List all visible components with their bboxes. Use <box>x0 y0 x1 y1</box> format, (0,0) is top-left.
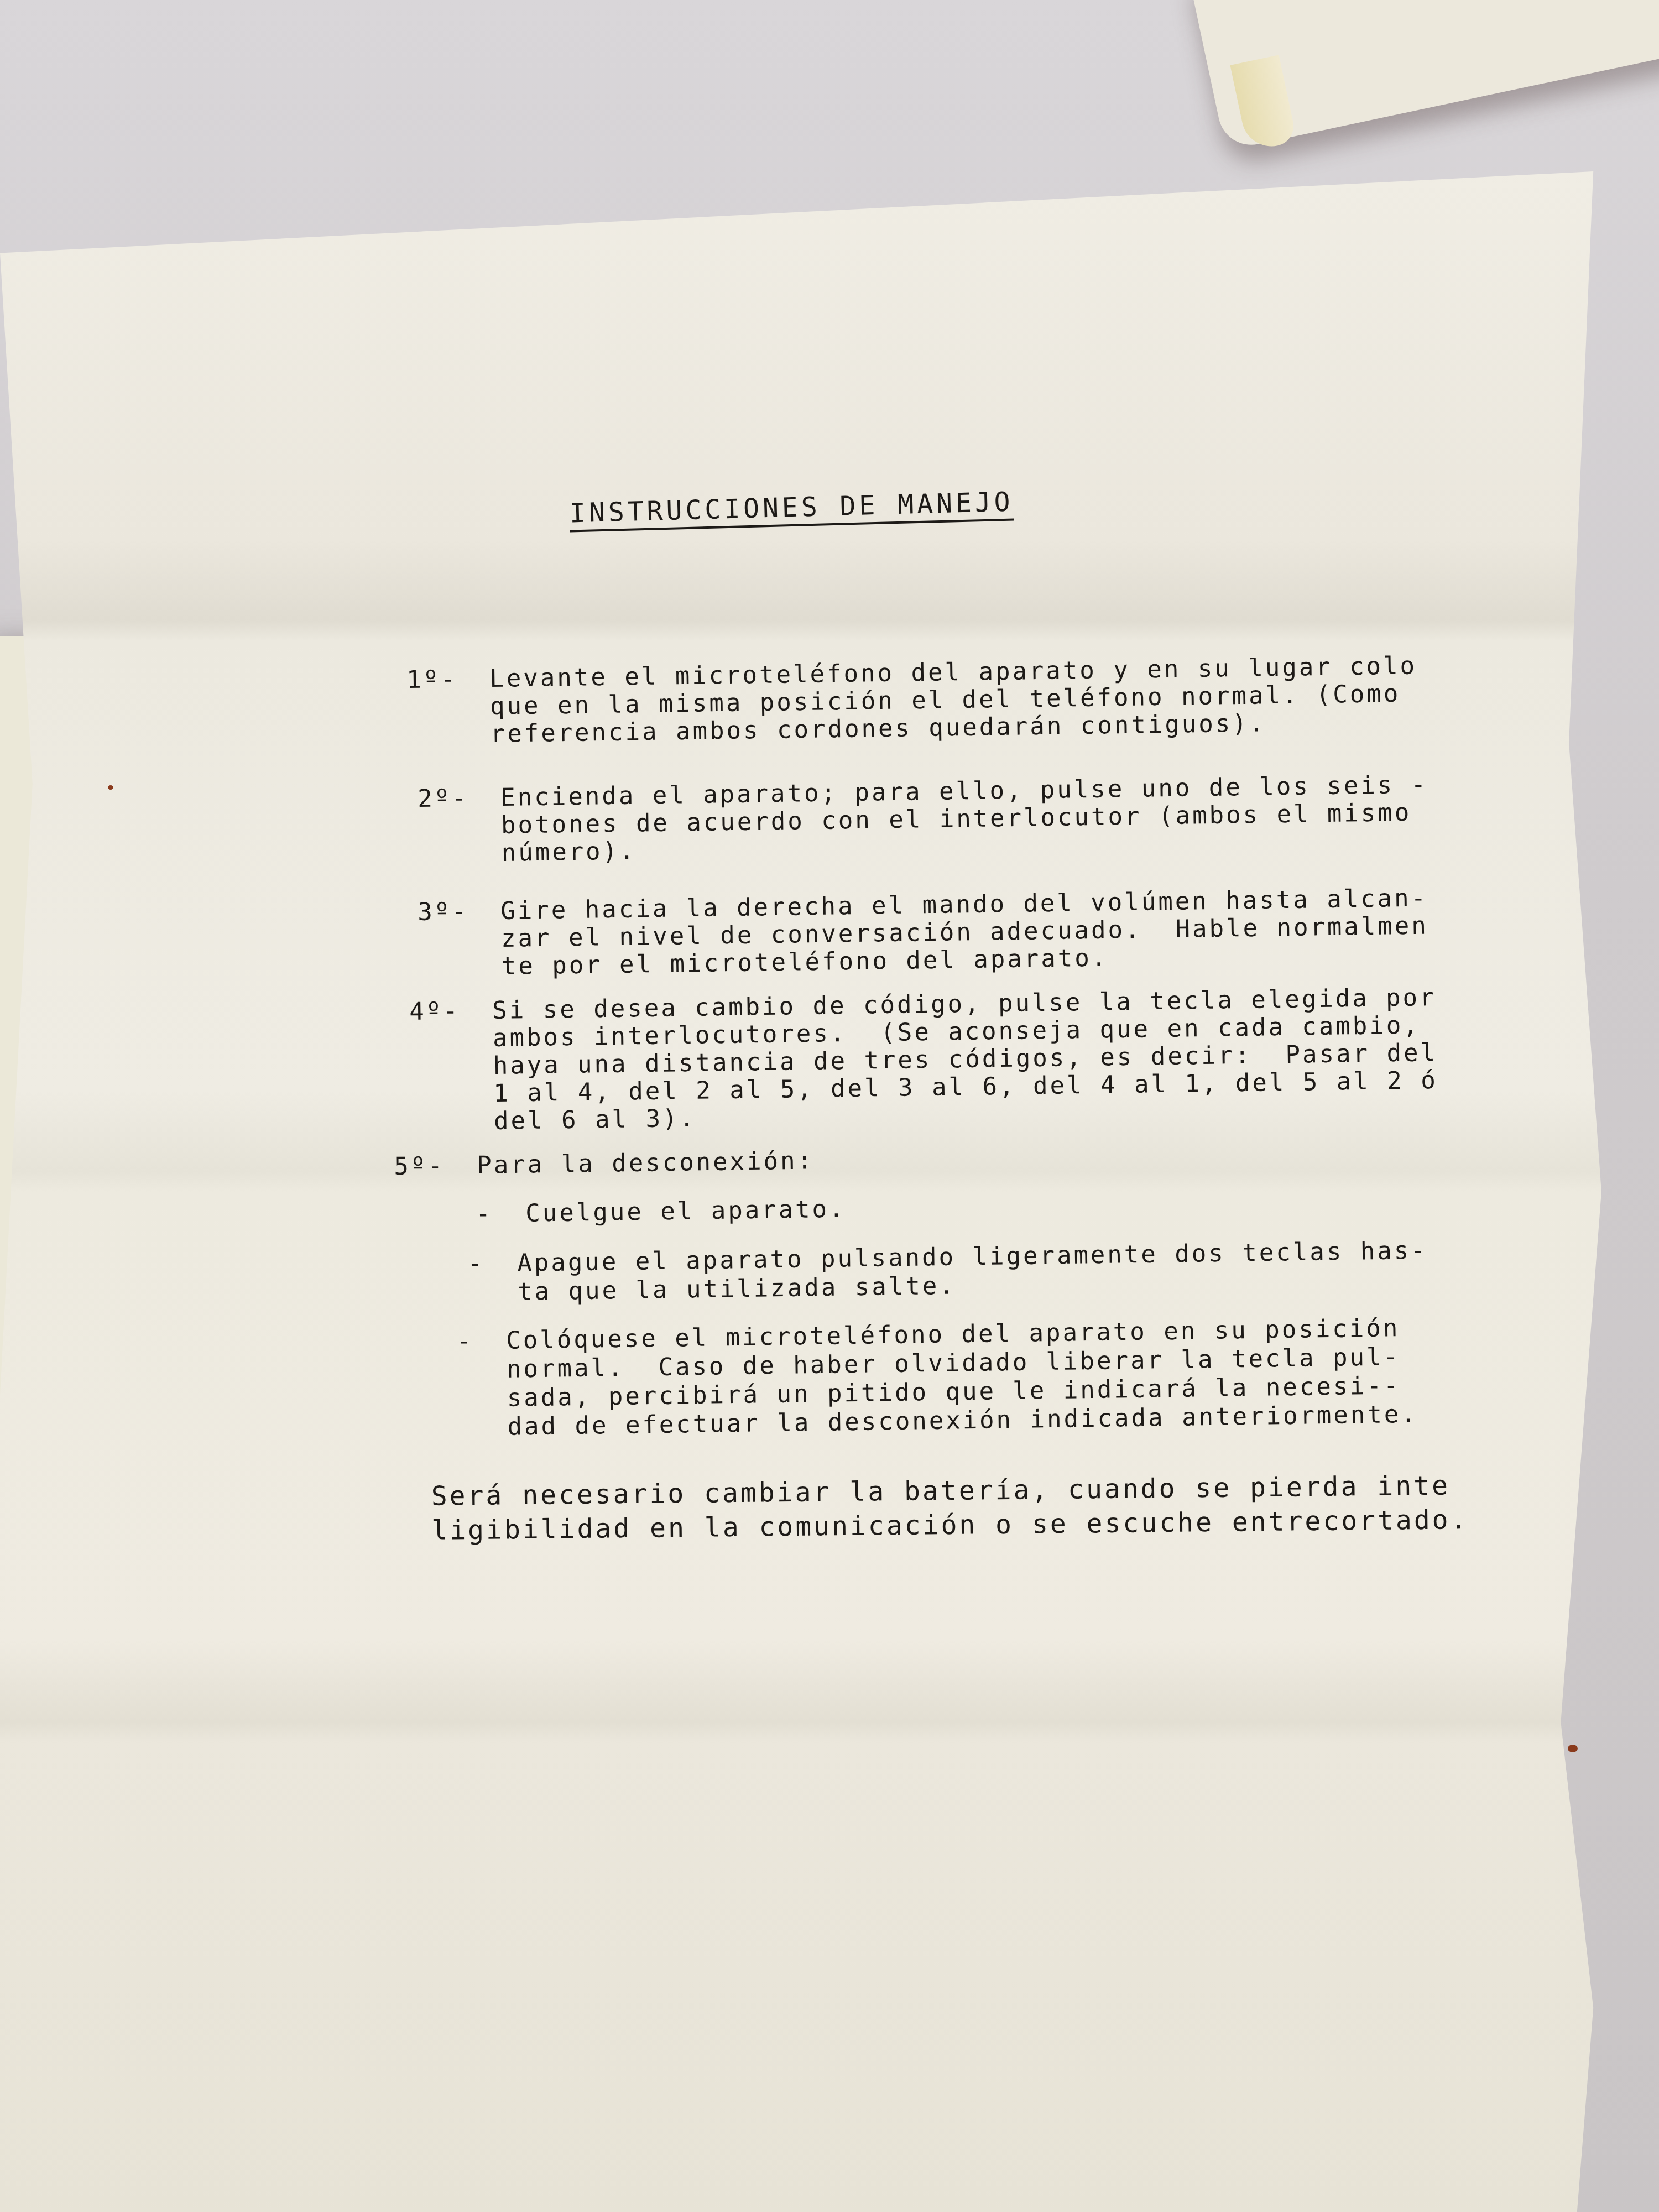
step-number: 1º- <box>406 666 457 694</box>
document-title: INSTRUCCIONES DE MANEJO <box>569 487 1014 529</box>
step-text: Levante el microteléfono del aparato y e… <box>489 652 1418 748</box>
step-number: 2º- <box>418 785 468 813</box>
dash-bullet: - <box>467 1250 484 1279</box>
rust-spot <box>108 785 113 790</box>
battery-note: Será necesario cambiar la batería, cuand… <box>431 1468 1468 1548</box>
step-text: Para la desconexión: <box>477 1147 814 1180</box>
dash-bullet: - <box>476 1200 493 1229</box>
step-text: Si se desea cambio de código, pulse la t… <box>492 984 1438 1135</box>
document-content: INSTRUCCIONES DE MANEJO 1º- Levante el m… <box>0 0 1659 2212</box>
dash-bullet: - <box>456 1327 473 1356</box>
step-number: 4º- <box>409 998 460 1026</box>
step-text: Gire hacia la derecha el mando del volúm… <box>500 884 1429 980</box>
step-number: 5º- <box>394 1152 445 1181</box>
step-number: 3º- <box>418 898 468 926</box>
substep-replace-handset: - Colóquese el microteléfono del aparato… <box>456 1326 525 1442</box>
step-text: Encienda el aparato; para ello, pulse un… <box>500 771 1429 867</box>
rust-stain <box>1568 1745 1578 1752</box>
